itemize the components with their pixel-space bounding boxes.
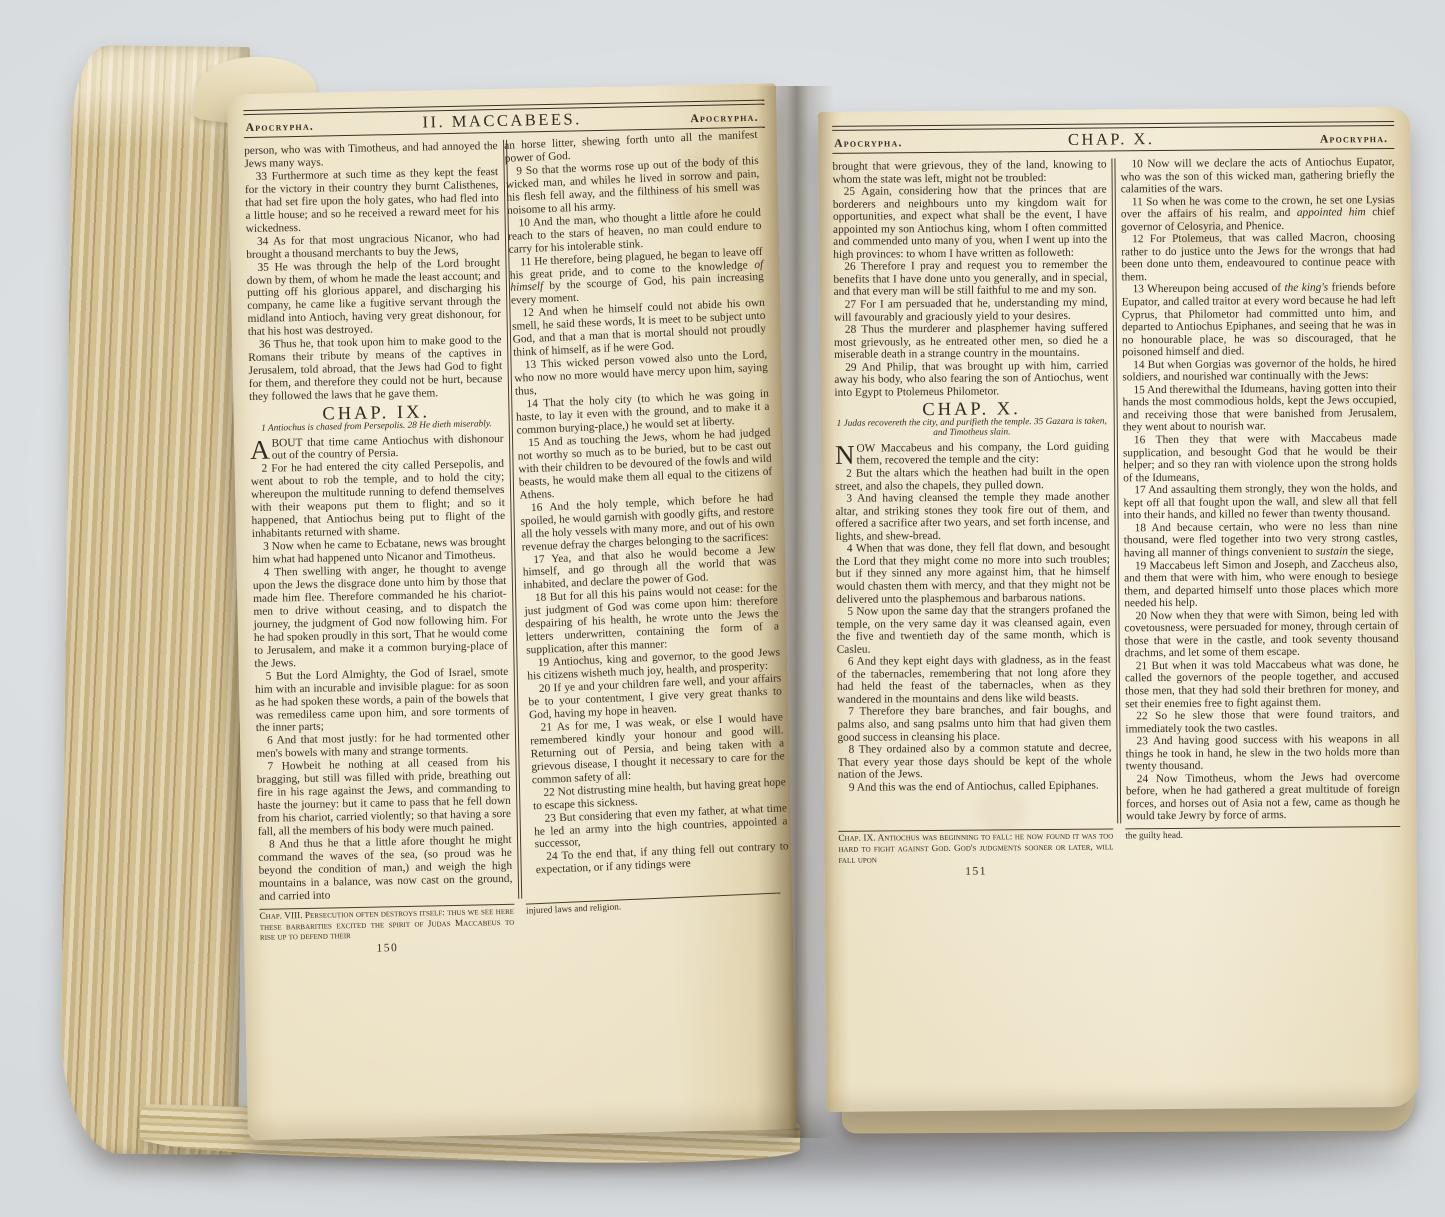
verse-paragraph: 2 For he had entered the city called Per… <box>250 458 505 541</box>
verse-paragraph: 7 Howbeit he nothing at all ceased from … <box>256 756 511 839</box>
left-page: Apocrypha. II. MACCABEES. Apocrypha. per… <box>227 83 797 1140</box>
verse-paragraph: 23 And having good success with his weap… <box>1125 733 1399 773</box>
italic-text: sustain <box>1316 545 1348 557</box>
footnote-spacer <box>1113 828 1125 876</box>
left-footnote-row: Chap. VIII. Persecution often destroys i… <box>259 898 781 957</box>
right-page-column-1: brought that were grievous, they of the … <box>832 158 1112 825</box>
verse-paragraph: 13 Whereupon being accused of the king's… <box>1122 281 1397 359</box>
drop-cap: A <box>250 437 272 460</box>
verse-paragraph: 21 As for me, I was weak, or else I woul… <box>529 711 785 787</box>
right-footnote-row: Chap. IX. Antiochus was beginning to fal… <box>838 826 1400 879</box>
verse-paragraph: 8 They ordained also by a common statute… <box>838 742 1112 782</box>
verse-paragraph: 28 Thus the murderer and plasphemer havi… <box>834 322 1108 362</box>
italic-text: the king's <box>1284 282 1328 294</box>
verse-paragraph: 19 Maccabeus left Simon and Joseph, and … <box>1124 557 1398 610</box>
left-page-column-2: an horse litter, shewing forth unto all … <box>503 129 789 898</box>
verse-paragraph: 18 And because certain, who were no less… <box>1124 520 1398 560</box>
verse-paragraph: 29 And Philip, that was brought up with … <box>834 359 1108 399</box>
right-footnote-col1: Chap. IX. Antiochus was beginning to fal… <box>838 828 1113 879</box>
verse-paragraph: 11 So when he was come to the crown, he … <box>1121 194 1395 234</box>
verse-paragraph: 10 Now will we declare the acts of Antio… <box>1120 156 1394 196</box>
left-footnote-col1: Chap. VIII. Persecution often destroys i… <box>259 904 514 957</box>
page-edge-stack <box>60 45 250 1155</box>
verse-paragraph: 8 And thus he that a little afore though… <box>258 834 513 904</box>
verse-paragraph: 7 Therefore they bare branches, and fair… <box>837 704 1111 744</box>
verse-paragraph: 24 Now Timotheus, whom the Jews had over… <box>1126 771 1400 824</box>
right-page-body: brought that were grievous, they of the … <box>832 156 1400 826</box>
verse-paragraph: 22 So he slew those that were found trai… <box>1125 708 1399 735</box>
footnote-text: Chap. VIII. Persecution often destroys i… <box>259 907 514 944</box>
verse-paragraph: 17 And assaulting them strongly, they wo… <box>1123 482 1397 522</box>
page-number-151: 151 <box>839 864 1114 879</box>
running-head-left: Apocrypha. <box>246 121 314 134</box>
right-page: Apocrypha. CHAP. X. Apocrypha. brought t… <box>818 107 1419 1112</box>
chapter-heading: CHAP. X. <box>835 403 1109 418</box>
verse-paragraph: 15 And as touching the Jews, whom he had… <box>516 427 772 503</box>
verse-paragraph: 14 But when Gorgias was governor of the … <box>1122 357 1396 384</box>
footnote-text: Chap. IX. Antiochus was beginning to fal… <box>838 831 1113 865</box>
verse-paragraph: NOW Maccabeus and his company, the Lord … <box>835 440 1109 467</box>
verse-paragraph: 18 But for all this his pains would not … <box>523 582 779 658</box>
italic-text: appointed him <box>1297 206 1366 219</box>
column-rule <box>1111 158 1121 823</box>
running-head-title: CHAP. X. <box>1068 129 1155 150</box>
running-head-title: II. MACCABEES. <box>422 109 582 132</box>
photo-of-antique-bible: Apocrypha. II. MACCABEES. Apocrypha. per… <box>0 0 1445 1217</box>
verse-paragraph: 5 Now upon the same day that the strange… <box>836 604 1110 657</box>
verse-paragraph: 2 But the altars which the heathen had b… <box>835 466 1109 493</box>
verse-paragraph: 3 And having cleansed the temple they ma… <box>835 491 1109 544</box>
book-gutter <box>756 86 834 1138</box>
verse-paragraph: 4 Then swelling with anger, he thought t… <box>253 562 509 671</box>
verse-paragraph: 21 But when it was told Maccabeus what w… <box>1125 658 1399 711</box>
verse-paragraph: 20 Now when they that were with Simon, b… <box>1124 608 1398 661</box>
verse-paragraph: 33 Furthermore at such time as they kept… <box>245 166 500 236</box>
running-head-right: Apocrypha. <box>1320 133 1388 146</box>
verse-paragraph: 26 Therefore I pray and request you to r… <box>833 259 1107 299</box>
verse-paragraph: 4 When that was done, they fell flat dow… <box>836 541 1111 606</box>
verse-paragraph: 15 And therewithal the Idumeans, having … <box>1122 382 1396 435</box>
verse-paragraph: 9 And this was the end of Antiochus, cal… <box>838 779 1112 794</box>
footnote-spacer <box>514 903 527 951</box>
left-footnote-col2: injured laws and religion. <box>525 892 781 951</box>
verse-paragraph: 36 Thus he, that took upon him to make g… <box>248 334 503 404</box>
verse-paragraph: 25 Again, considering how that the princ… <box>833 184 1108 262</box>
left-page-column-1: person, who was with Timotheus, and had … <box>244 140 513 904</box>
chapter-summary: 1 Judas recovereth the city, and purifie… <box>835 416 1109 439</box>
verse-paragraph: 35 He was through the help of the Lord b… <box>246 257 501 340</box>
drop-cap: N <box>835 443 857 466</box>
continuation-paragraph: brought that were grievous, they of the … <box>832 158 1106 185</box>
verse-paragraph: 27 For I am persuaded that he, understan… <box>834 296 1108 323</box>
right-footnote-col2: the guilty head. <box>1125 826 1400 877</box>
verse-paragraph: 5 But the Lord Almighty, the God of Isra… <box>255 666 510 736</box>
left-page-body: person, who was with Timotheus, and had … <box>244 135 780 904</box>
verse-paragraph: 12 For Ptolemeus, that was called Macron… <box>1121 231 1395 284</box>
verse-paragraph: 16 Then they that were with Maccabeus ma… <box>1123 432 1397 485</box>
verse-paragraph: 6 And they kept eight days with gladness… <box>837 654 1111 707</box>
right-page-column-2: 10 Now will we declare the acts of Antio… <box>1120 156 1400 823</box>
running-head-left: Apocrypha. <box>834 137 902 150</box>
italic-text: of himself <box>510 258 763 294</box>
running-head-right: Apocrypha. <box>690 112 758 125</box>
